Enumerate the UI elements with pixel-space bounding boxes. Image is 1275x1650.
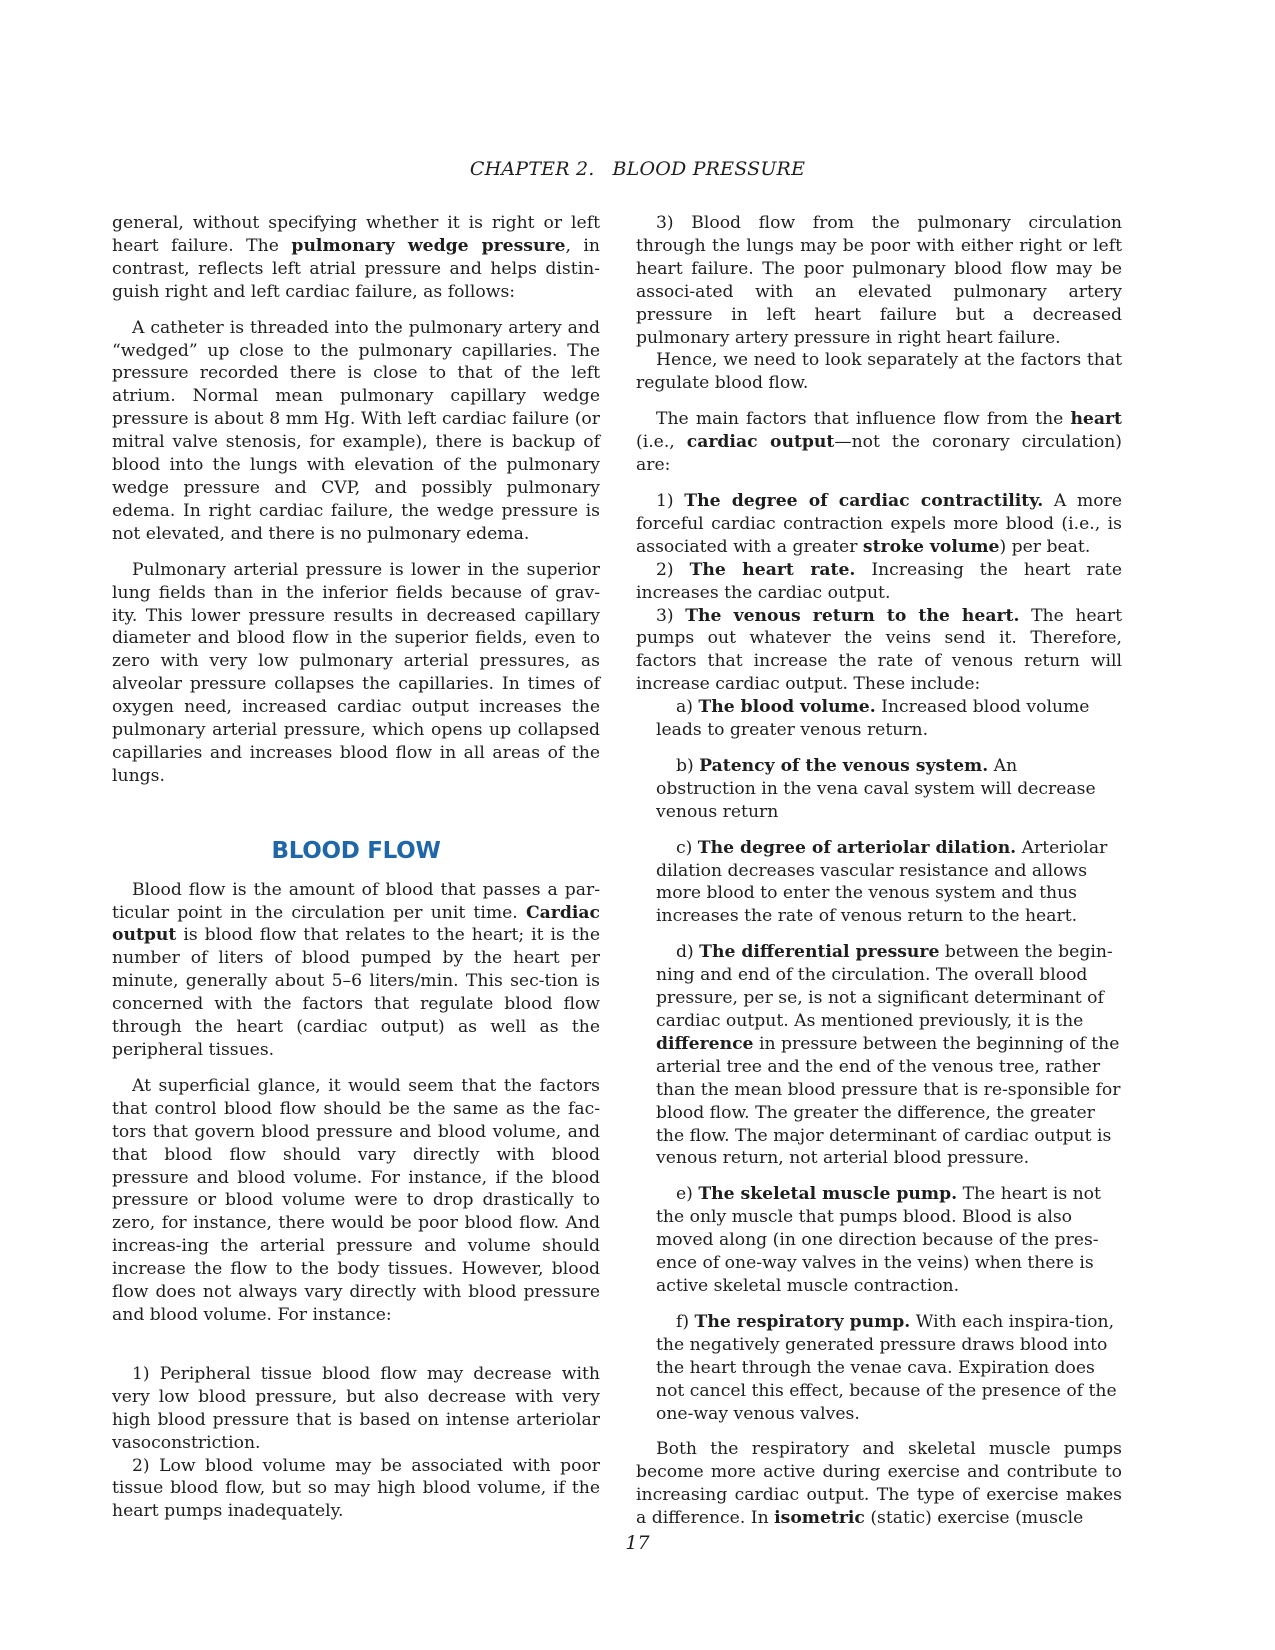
sub-item: c) The degree of arteriolar dilation. Ar… <box>656 837 1122 929</box>
chapter-label: CHAPTER 2. <box>470 158 595 180</box>
list-item: 3) Blood flow from the pulmonary circula… <box>636 212 1122 349</box>
item-label: d) <box>676 942 699 962</box>
bold-term: The skeletal muscle pump. <box>698 1184 957 1204</box>
text: is blood flow that relates to the heart;… <box>112 925 600 1060</box>
bold-term: cardiac output <box>687 432 835 452</box>
bold-term: The degree of arteriolar dilation. <box>698 838 1016 858</box>
text: in pressure between the beginning of the… <box>656 1034 1120 1169</box>
item-label: a) <box>676 697 698 717</box>
text: ) per beat. <box>999 537 1090 557</box>
bold-term: isometric <box>774 1508 865 1528</box>
chapter-title: BLOOD PRESSURE <box>612 158 805 180</box>
sub-item: b) Patency of the venous system. An obst… <box>656 755 1122 824</box>
factor-item: 1) The degree of cardiac contractility. … <box>636 490 1122 559</box>
bold-term: The respiratory pump. <box>695 1312 911 1332</box>
paragraph: The main factors that influence flow fro… <box>636 408 1122 477</box>
bold-term: Patency of the venous system. <box>699 756 988 776</box>
bold-term: heart <box>1070 409 1122 429</box>
bold-term: pulmonary wedge pressure <box>291 236 565 256</box>
factor-item: 2) The heart rate. Increasing the heart … <box>636 559 1122 605</box>
paragraph: general, without specifying whether it i… <box>112 212 600 304</box>
section-heading: BLOOD FLOW <box>112 840 600 863</box>
running-header: CHAPTER 2.BLOOD PRESSURE <box>0 158 1275 180</box>
paragraph: Both the respiratory and skeletal muscle… <box>636 1438 1122 1530</box>
factor-item: 3) The venous return to the heart. The h… <box>636 605 1122 697</box>
sub-item: a) The blood volume. Increased blood vol… <box>656 696 1122 742</box>
text: (static) exercise (muscle <box>865 1508 1083 1528</box>
item-label: f) <box>676 1312 695 1332</box>
item-number: 1) <box>656 491 684 511</box>
text: The main factors that influence flow fro… <box>656 409 1070 429</box>
bold-term: The degree of cardiac contractility. <box>684 491 1043 511</box>
left-column: general, without specifying whether it i… <box>112 212 600 1523</box>
list-item: 1) Peripheral tissue blood flow may decr… <box>112 1363 600 1455</box>
sub-item: e) The skeletal muscle pump. The heart i… <box>656 1183 1122 1298</box>
item-label: b) <box>676 756 699 776</box>
bold-term: difference <box>656 1034 753 1054</box>
item-number: 3) <box>656 606 685 626</box>
sub-item: f) The respiratory pump. With each inspi… <box>656 1311 1122 1426</box>
bold-term: stroke volume <box>863 537 1000 557</box>
list-item: 2) Low blood volume may be associated wi… <box>112 1455 600 1524</box>
bold-term: The differential pressure <box>699 942 939 962</box>
bold-term: The heart rate. <box>690 560 856 580</box>
bold-term: The venous return to the heart. <box>685 606 1019 626</box>
page-number: 17 <box>0 1532 1275 1554</box>
sub-item: d) The differential pressure between the… <box>656 941 1122 1170</box>
paragraph: Blood flow is the amount of blood that p… <box>112 879 600 1062</box>
item-label: e) <box>676 1184 698 1204</box>
paragraph: A catheter is threaded into the pulmonar… <box>112 317 600 546</box>
paragraph: At superficial glance, it would seem tha… <box>112 1075 600 1327</box>
paragraph: Hence, we need to look separately at the… <box>636 349 1122 395</box>
bold-term: The blood volume. <box>698 697 875 717</box>
item-number: 2) <box>656 560 690 580</box>
right-column: 3) Blood flow from the pulmonary circula… <box>636 212 1122 1530</box>
text: (i.e., <box>636 432 687 452</box>
item-label: c) <box>676 838 698 858</box>
paragraph: Pulmonary arterial pressure is lower in … <box>112 559 600 788</box>
